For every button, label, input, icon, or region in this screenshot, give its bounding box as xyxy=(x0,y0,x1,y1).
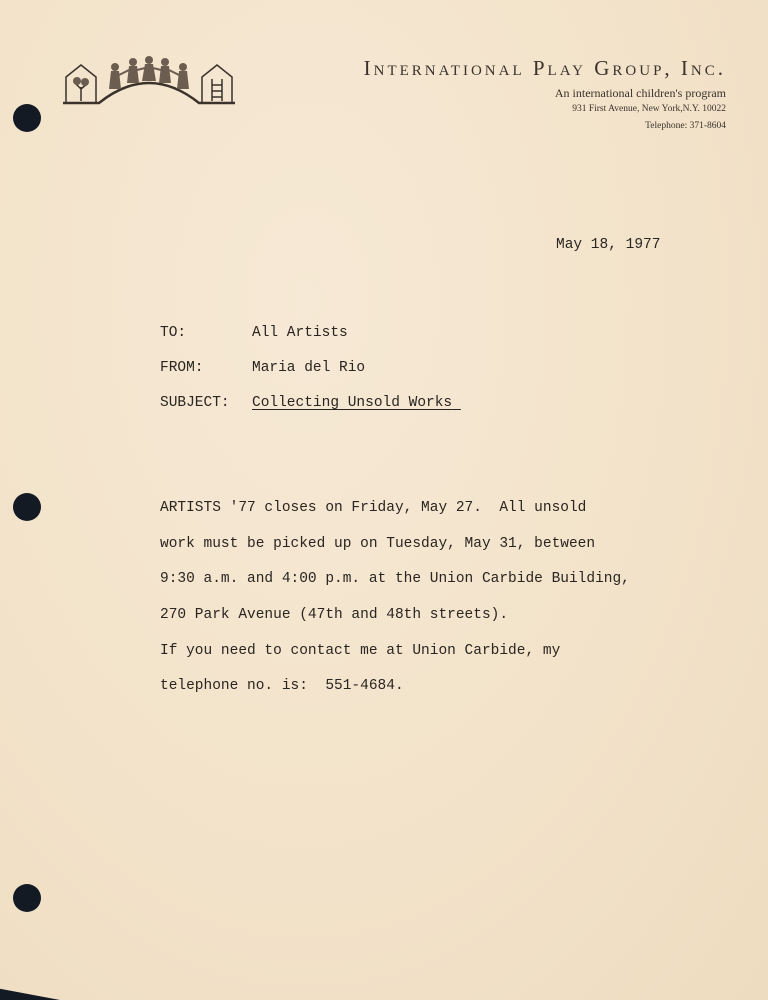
body-line: work must be picked up on Tuesday, May 3… xyxy=(160,536,595,552)
company-phone: Telephone: 371-8604 xyxy=(645,121,726,131)
punch-hole-middle xyxy=(13,493,41,521)
to-label: TO: xyxy=(160,325,252,341)
from-label: FROM: xyxy=(160,360,252,376)
children-holding-hands-arch-icon xyxy=(63,55,235,107)
page-corner-shadow xyxy=(0,986,60,1000)
punch-hole-top xyxy=(13,104,41,132)
body-line: telephone no. is: 551-4684. xyxy=(160,678,404,694)
memo-date: May 18, 1977 xyxy=(556,237,660,253)
subject-value: Collecting Unsold Works xyxy=(252,395,461,411)
from-value: Maria del Rio xyxy=(252,360,365,376)
body-line: 270 Park Avenue (47th and 48th streets). xyxy=(160,607,508,623)
company-tagline: An international children's program xyxy=(555,86,726,101)
body-line: If you need to contact me at Union Carbi… xyxy=(160,643,560,659)
company-address: 931 First Avenue, New York,N.Y. 10022 xyxy=(572,104,726,114)
body-line: ARTISTS '77 closes on Friday, May 27. Al… xyxy=(160,500,586,516)
memo-to-row: TO: All Artists xyxy=(160,325,348,341)
memo-subject-row: SUBJECT: Collecting Unsold Works xyxy=(160,395,461,411)
to-value: All Artists xyxy=(252,325,348,341)
body-line: 9:30 a.m. and 4:00 p.m. at the Union Car… xyxy=(160,571,630,587)
punch-hole-bottom xyxy=(13,884,41,912)
company-name: International Play Group, Inc. xyxy=(364,56,726,81)
memo-from-row: FROM: Maria del Rio xyxy=(160,360,365,376)
subject-label: SUBJECT: xyxy=(160,395,252,411)
